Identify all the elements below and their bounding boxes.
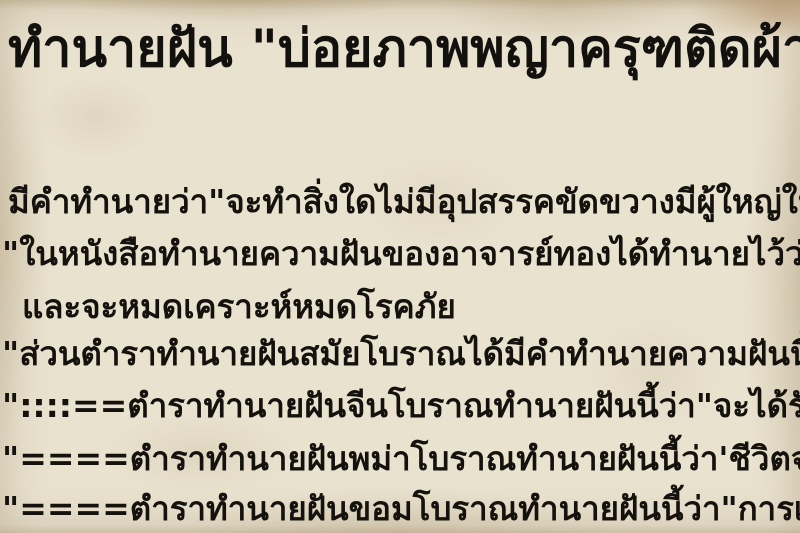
interpretation-line: และจะหมดเคราะห์หมดโรคภัย	[22, 286, 456, 329]
interpretation-line: "====ตำราทำนายฝันขอมโบราณทำนายฝันนี้ว่า"…	[2, 488, 800, 531]
interpretation-text-block: มีคำทำนายว่า"จะทำสิ่งใดไม่มีอุปสรรคขัดขว…	[0, 0, 800, 533]
interpretation-line: "ในหนังสือทำนายความฝันของอาจารย์ทองได้ทำ…	[2, 233, 800, 276]
interpretation-line: "====ตำราทำนายฝันพม่าโบราณทำนายฝันนี้ว่า…	[2, 438, 800, 481]
interpretation-line: "ส่วนตำราทำนายฝันสมัยโบราณได้มีคำทำนายคว…	[2, 333, 800, 376]
interpretation-line: "::::==ตำราทำนายฝันจีนโบราณทำนายฝันนี้ว่…	[2, 385, 800, 428]
interpretation-line: มีคำทำนายว่า"จะทำสิ่งใดไม่มีอุปสรรคขัดขว…	[8, 181, 800, 224]
